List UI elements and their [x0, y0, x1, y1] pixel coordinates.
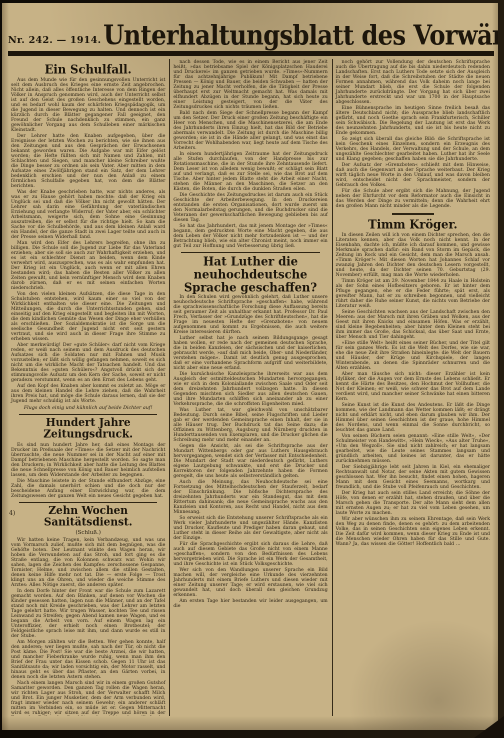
- body-paragraph: In einem hundertjährigen Zeitraume hat d…: [173, 152, 327, 192]
- body-paragraph: Von seinen Büchern seien genannt: »Eine …: [336, 434, 490, 464]
- body-paragraph: Bald nach dem Siege der Schnellpresse be…: [173, 111, 327, 151]
- body-paragraph: Auf den Kopf des Knaben aber kommt es zu…: [11, 384, 165, 404]
- body-paragraph: Der Aufsatz der »Grenzboten« schließt mi…: [336, 163, 490, 188]
- body-paragraph: Der Lehrer hatte den Knaben aufgegeben, …: [11, 134, 165, 189]
- article-divider: [19, 502, 157, 503]
- body-paragraph: Seine Geschichten wachsen aus der Landsc…: [336, 310, 490, 340]
- text-columns: Ein Schulfall. Aus dem Munde wie für den…: [8, 59, 494, 716]
- article-title-zeitungsdruck: Hundert Jahre Zeitungsdruck.: [11, 417, 165, 441]
- body-paragraph: noch gehört zur Vollendung der deutschen…: [336, 60, 490, 105]
- article-body-sanitaetsdienst: Wir hatten keine Tragen, kein Verbandzeu…: [11, 538, 165, 716]
- body-paragraph: Nach einem langen Marsch sind wir in ein…: [11, 681, 165, 716]
- article-end-line: Flugs doch einig und kühnlich auf beide …: [11, 406, 165, 411]
- body-paragraph: So hat das Jahrhundert, das mit jenem Mo…: [173, 224, 327, 249]
- body-paragraph: Luther selbst hat je nach seinem Bildung…: [173, 336, 327, 371]
- body-paragraph: So erweist sich die Entstehung unserer S…: [173, 516, 327, 541]
- body-paragraph: Gegen die Ansicht, als sei die Schriftsp…: [173, 444, 327, 479]
- body-paragraph: Aber merkwürdig! Der »gute Schüler« darf…: [11, 343, 165, 383]
- column-left: Ein Schulfall. Aus dem Munde wie für den…: [8, 59, 169, 716]
- body-paragraph: Die Maschine leistete in der Stunde elfh…: [11, 479, 165, 499]
- article-continuation-luther: noch gehört zur Vollendung der deutschen…: [336, 60, 490, 209]
- body-paragraph: Für die Schule aber ergibt sich die Mahn…: [336, 189, 490, 209]
- masthead: Nr. 242. — 1914. Unterhaltungsblatt des …: [8, 17, 494, 49]
- body-paragraph: Wir hatten keine Tragen, kein Verbandzeu…: [11, 538, 165, 588]
- article-title-sanitaetsdienst: Zehn Wochen Sanitätsdienst.: [11, 505, 165, 529]
- article-title-luther: Hat Luther die neuhochdeutsche Sprache g…: [173, 255, 327, 294]
- body-paragraph: Es sind nun hundert Jahre her, daß eines…: [11, 443, 165, 478]
- newspaper-title: Unterhaltungsblatt des Vorwärts: [101, 22, 498, 49]
- body-paragraph: nach dessen Tode, wie es in einem Berich…: [173, 60, 327, 110]
- article-title-schulfall: Ein Schulfall.: [11, 63, 165, 76]
- body-paragraph: Die Geschichte des Zeitungsdruckes ist d…: [173, 193, 327, 223]
- article-body-schulfall: Aus dem Munde wie für den gesinnungsvoll…: [11, 78, 165, 404]
- body-paragraph: Was Luther tat, war gleichwohl von unsch…: [173, 408, 327, 443]
- body-paragraph: Was der Knabe geschrieben hatte, war nic…: [11, 190, 165, 240]
- body-paragraph: Die kursächsische Kanzleisprache ihrerse…: [173, 372, 327, 407]
- body-paragraph: So zeigt sich überall das gleiche Bild: …: [336, 137, 490, 162]
- article-continuation-zeitungsdruck: nach dessen Tode, wie es in einem Berich…: [173, 60, 327, 249]
- article-body-zeitungsdruck: Es sind nun hundert Jahre her, daß eines…: [11, 443, 165, 499]
- body-paragraph: Timm Kröger ist am 29. November 1844 zu …: [336, 279, 490, 309]
- paper-sheet: Nr. 242. — 1914. Unterhaltungsblatt des …: [2, 3, 498, 730]
- body-paragraph: Aber man täusche sich nicht: dieser Erzä…: [336, 372, 490, 402]
- body-paragraph: Wir aber wünschen ihm zu seinem Ehrentag…: [336, 517, 490, 547]
- newspaper-scan: Nr. 242. — 1914. Unterhaltungsblatt des …: [0, 0, 504, 738]
- body-paragraph: Auch die Meinung, das Neuhochdeutsche se…: [173, 480, 327, 515]
- body-paragraph: Der Krieg hat auch sein stilles Land err…: [336, 491, 490, 516]
- article-subtitle-schluss: (Schluß.): [11, 530, 165, 536]
- article-body-luther: In den Schulen wird gewöhnlich gelehrt, …: [173, 295, 327, 609]
- body-paragraph: In dem Dorfe hinter der Front war die Sc…: [11, 589, 165, 639]
- sanitaetsdienst-heading-wrap: 4) Zehn Wochen Sanitätsdienst.: [11, 506, 165, 528]
- short-divider: [392, 213, 434, 215]
- article-divider: [19, 414, 157, 415]
- body-paragraph: Am ersten Tage hier bestanden wir leider…: [173, 599, 327, 609]
- body-paragraph: Eine Bühnensprache im heutigen Sinne fre…: [336, 106, 490, 136]
- masthead-rule: [8, 51, 494, 56]
- body-paragraph: In den Schulen wird gewöhnlich gelehrt, …: [173, 295, 327, 335]
- body-paragraph: In diesen Zeilen will ich von einem Dich…: [336, 233, 490, 278]
- article-title-kroeger: Timm Kröger.: [336, 218, 490, 231]
- issue-number: Nr. 242. — 1914.: [8, 35, 101, 49]
- body-paragraph: Für die Sprachgeschichte ergibt sich dar…: [173, 542, 327, 567]
- body-paragraph: »Eine stille Welt« heißt eines seiner Bü…: [336, 341, 490, 371]
- body-paragraph: Man wird den Eifer des Lehrers begreifen…: [11, 241, 165, 291]
- body-paragraph: Von den vielen kleinen Aufsätzen, die di…: [11, 292, 165, 342]
- body-paragraph: Am Morgen zählten wir die Betten. Wer ge…: [11, 640, 165, 680]
- article-body-kroeger: In diesen Zeilen will ich von einem Dich…: [336, 233, 490, 547]
- column-middle: nach dessen Tode, wie es in einem Berich…: [169, 59, 331, 716]
- body-paragraph: Der Siebzigjährige lebt seit Jahren in K…: [336, 465, 490, 490]
- body-paragraph: Wer sich von den Wandlungen unserer Spra…: [173, 568, 327, 598]
- body-paragraph: Seine Kunst ist die Kunst des Andeutens.…: [336, 403, 490, 433]
- body-paragraph: Aus dem Munde wie für den gesinnungsvoll…: [11, 78, 165, 133]
- column-right: noch gehört zur Vollendung der deutschen…: [332, 59, 494, 716]
